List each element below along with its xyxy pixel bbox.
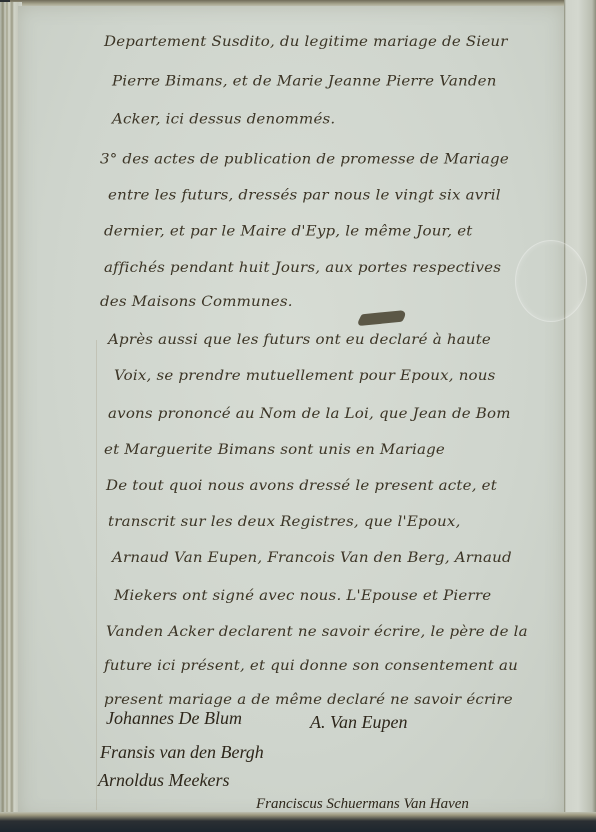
signature-van-eupen: A. Van Eupen xyxy=(310,712,407,733)
text-line: dernier, et par le Maire d'Eyp, le même … xyxy=(104,222,473,239)
text-line: Après aussi que les futurs ont eu declar… xyxy=(108,330,491,347)
page-bottom-edge xyxy=(0,812,596,832)
signature-meekers: Arnoldus Meekers xyxy=(98,770,229,791)
text-line: et Marguerite Bimans sont unis en Mariag… xyxy=(104,440,445,457)
text-line: transcrit sur les deux Registres, que l'… xyxy=(108,512,461,529)
text-line: Vanden Acker declarent ne savoir écrire,… xyxy=(106,622,528,639)
signature-van-den-bergh: Fransis van den Bergh xyxy=(100,742,264,763)
text-line: entre les futurs, dressés par nous le vi… xyxy=(108,186,501,203)
text-line: avons prononcé au Nom de la Loi, que Jea… xyxy=(108,404,511,421)
handwritten-text: Departement Susdito, du legitime mariage… xyxy=(0,0,596,832)
text-line: Miekers ont signé avec nous. L'Epouse et… xyxy=(114,586,491,603)
text-line: Acker, ici dessus denommés. xyxy=(112,110,335,127)
signature-officer: Franciscus Schuermans Van Haven xyxy=(256,796,469,813)
text-line: des Maisons Communes. xyxy=(100,292,293,309)
signature-de-blum: Johannes De Blum xyxy=(106,708,242,729)
text-line: affichés pendant huit Jours, aux portes … xyxy=(104,258,501,275)
text-line: Arnaud Van Eupen, Francois Van den Berg,… xyxy=(112,548,512,565)
text-line: Departement Susdito, du legitime mariage… xyxy=(104,32,508,49)
text-line: Voix, se prendre mutuellement pour Epoux… xyxy=(114,366,496,383)
text-line: future ici présent, et qui donne son con… xyxy=(104,656,518,673)
text-line: Pierre Bimans, et de Marie Jeanne Pierre… xyxy=(112,72,497,89)
text-line: 3° des actes de publication de promesse … xyxy=(100,150,509,167)
register-book: Departement Susdito, du legitime mariage… xyxy=(0,0,596,832)
text-line: De tout quoi nous avons dressé le presen… xyxy=(106,476,497,493)
text-line: present mariage a de même declaré ne sav… xyxy=(104,690,513,707)
